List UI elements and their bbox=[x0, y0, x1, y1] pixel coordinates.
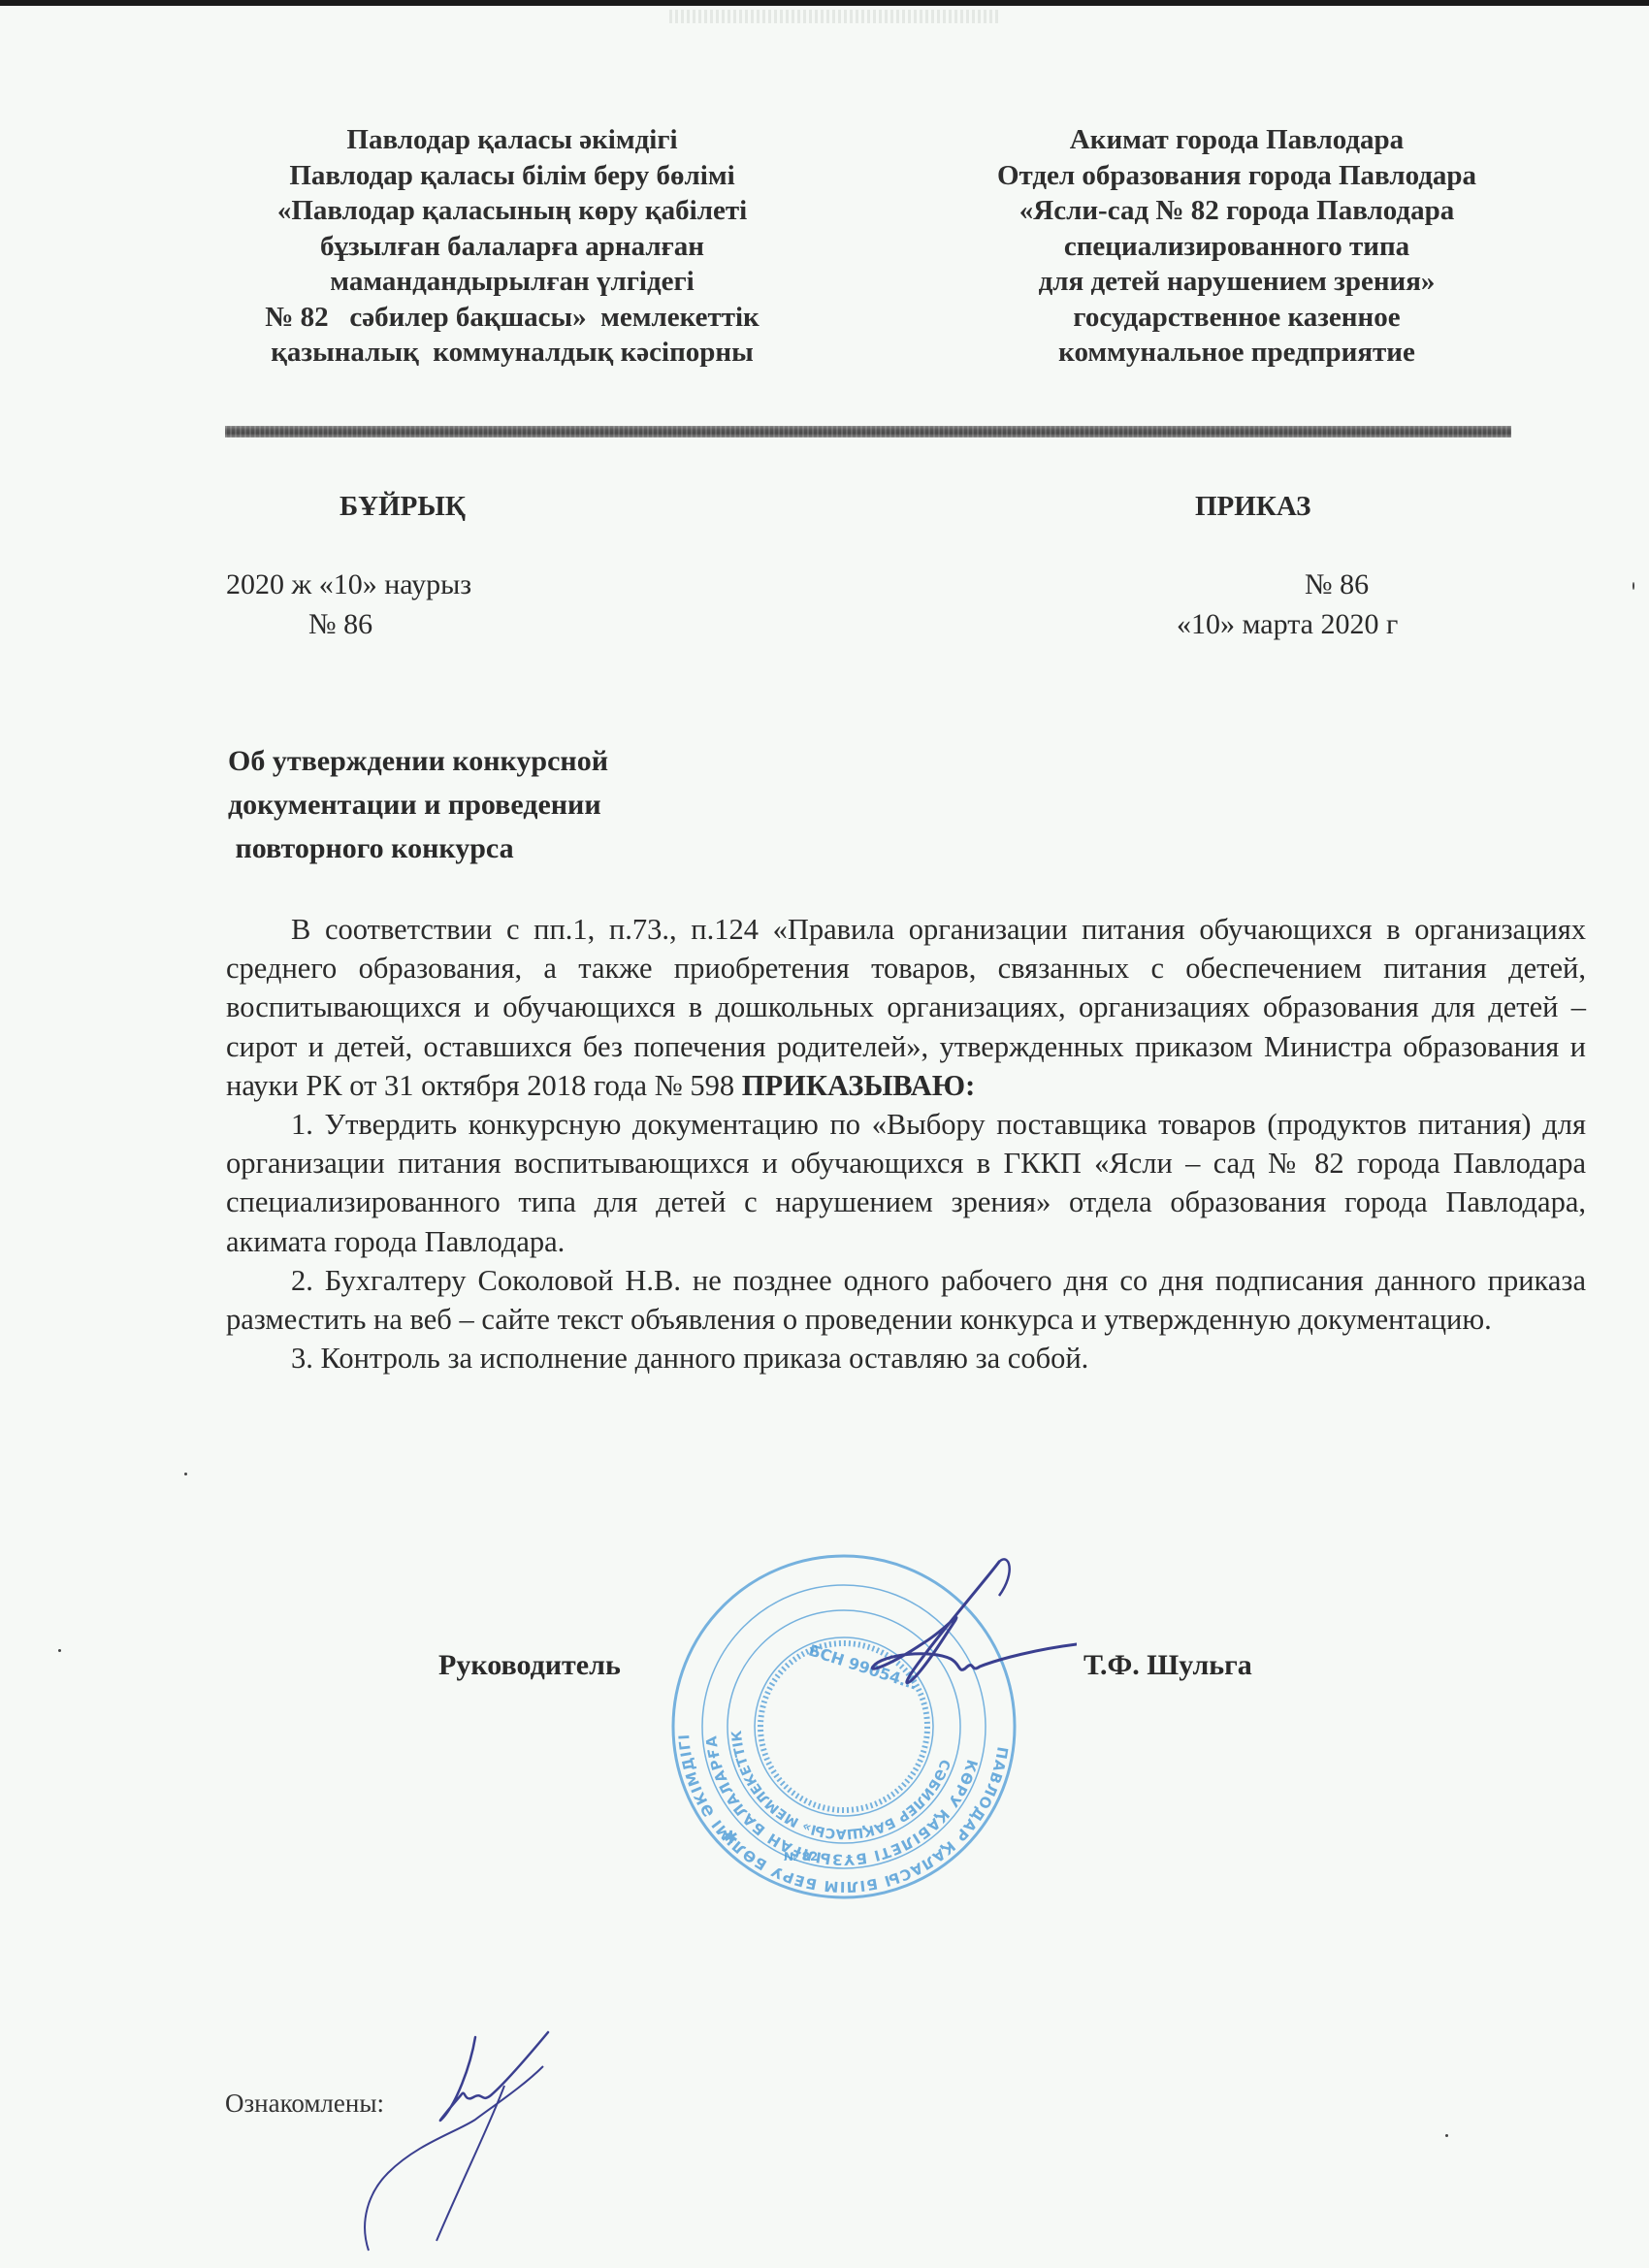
svg-text:№ 82: № 82 bbox=[784, 1850, 818, 1863]
director-signature bbox=[854, 1552, 1077, 1698]
header-kazakh-line: қазыналық коммуналдық кәсіпорны bbox=[221, 335, 803, 371]
preamble-paragraph: В соответствии с пп.1, п.73., п.124 «Пра… bbox=[226, 910, 1586, 1105]
scan-speck bbox=[1445, 2134, 1448, 2137]
header-russian-line: коммунальное предприятие bbox=[936, 335, 1537, 371]
order-subject: Об утверждении конкурсной документации и… bbox=[228, 739, 608, 870]
scan-edge bbox=[0, 0, 1649, 6]
header-russian-line: Отдел образования города Павлодара bbox=[936, 158, 1537, 194]
scan-bleed-through bbox=[669, 10, 999, 23]
subject-line: Об утверждении конкурсной bbox=[228, 739, 608, 783]
order-date-russian: «10» марта 2020 г bbox=[1177, 608, 1398, 641]
order-item-3: 3. Контроль за исполнение данного приказ… bbox=[226, 1339, 1586, 1377]
header-kazakh-line: бұзылған балаларға арналған bbox=[221, 229, 803, 265]
svg-text:✱: ✱ bbox=[724, 1828, 738, 1848]
order-number-russian: № 86 bbox=[1305, 568, 1369, 601]
subject-line: повторного конкурса bbox=[228, 826, 608, 870]
signatory-name: Т.Ф. Шульга bbox=[1083, 1649, 1252, 1682]
order-body: В соответствии с пп.1, п.73., п.124 «Пра… bbox=[226, 910, 1586, 1377]
scan-speck bbox=[58, 1649, 61, 1652]
order-date-kazakh: 2020 ж «10» наурыз bbox=[226, 568, 471, 601]
order-item-2: 2. Бухгалтеру Соколовой Н.В. не позднее … bbox=[226, 1261, 1586, 1339]
order-item-1: 1. Утвердить конкурсную документацию по … bbox=[226, 1105, 1586, 1261]
header-kazakh: Павлодар қаласы әкімдігі Павлодар қаласы… bbox=[221, 122, 803, 371]
header-russian-line: специализированного типа bbox=[936, 229, 1537, 265]
scan-speck bbox=[184, 1473, 187, 1475]
acknowledgement-signature bbox=[359, 2027, 650, 2268]
directive-text: ПРИКАЗЫВАЮ: bbox=[742, 1069, 975, 1102]
header-russian-line: для детей нарушением зрения» bbox=[936, 264, 1537, 300]
signatory-position: Руководитель bbox=[438, 1649, 621, 1682]
header-russian-line: государственное казенное bbox=[936, 300, 1537, 336]
header-kazakh-line: Павлодар қаласы әкімдігі bbox=[221, 122, 803, 158]
header-kazakh-line: мамандандырылған үлгідегі bbox=[221, 264, 803, 300]
header-russian-line: Акимат города Павлодара bbox=[936, 122, 1537, 158]
header-russian: Акимат города Павлодара Отдел образовани… bbox=[936, 122, 1537, 371]
scan-speck bbox=[1633, 582, 1634, 590]
order-title-russian: ПРИКАЗ bbox=[1195, 491, 1310, 523]
header-russian-line: «Ясли-сад № 82 города Павлодара bbox=[936, 193, 1537, 229]
order-title-kazakh: БҰЙРЫҚ bbox=[339, 491, 466, 523]
order-number-kazakh: № 86 bbox=[308, 608, 372, 641]
subject-line: документации и проведении bbox=[228, 783, 608, 826]
header-divider bbox=[225, 426, 1511, 437]
header-kazakh-line: «Павлодар қаласының көру қабілеті bbox=[221, 193, 803, 229]
header-kazakh-line: № 82 сәбилер бақшасы» мемлекеттік bbox=[221, 300, 803, 336]
header-kazakh-line: Павлодар қаласы білім беру бөлімі bbox=[221, 158, 803, 194]
